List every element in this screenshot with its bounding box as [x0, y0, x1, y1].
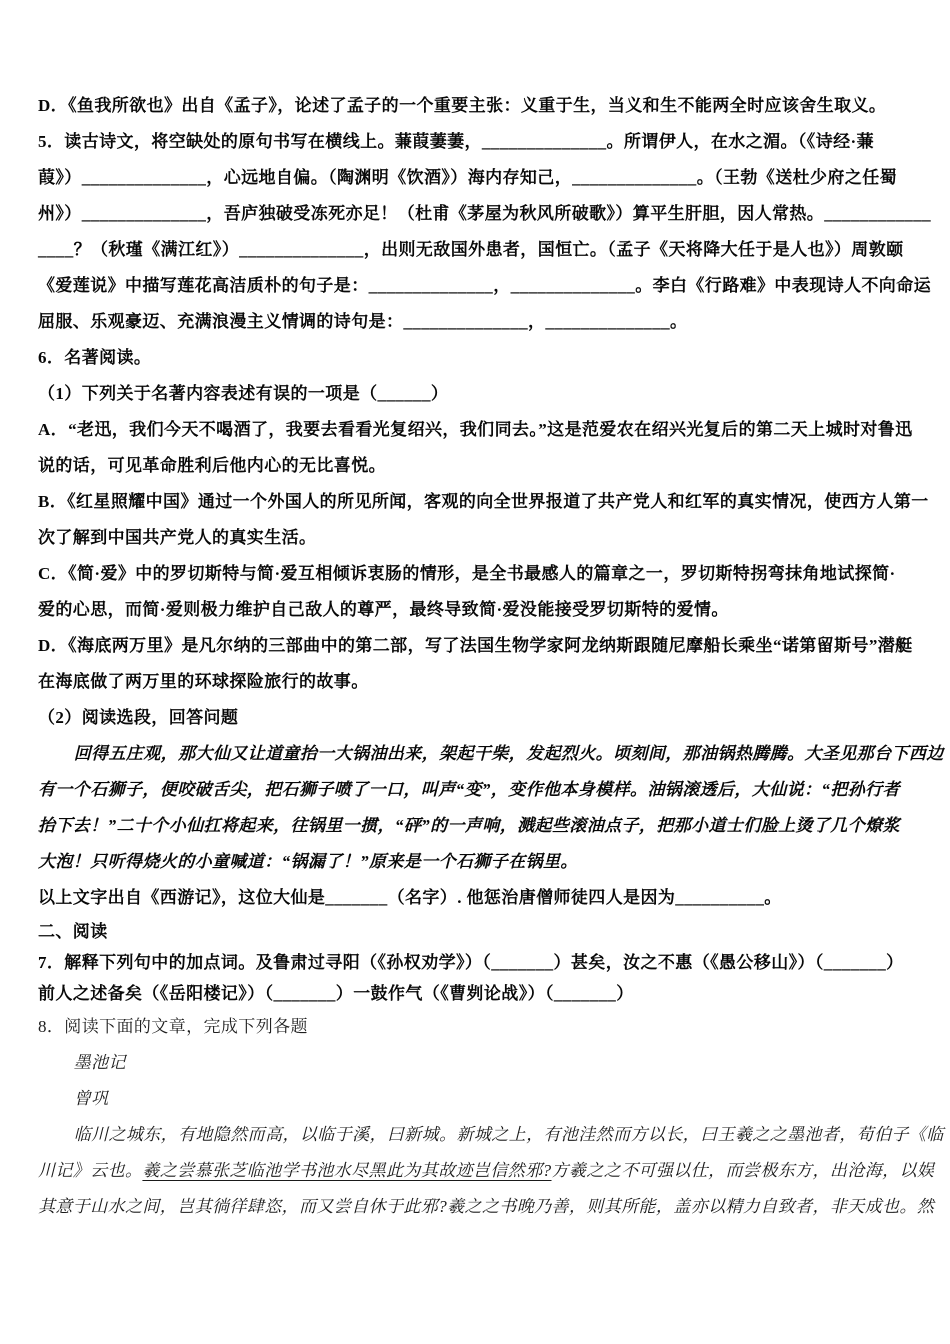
text-line-6: 《爱莲说》中描写莲花高洁质朴的句子是：______________，______…: [38, 268, 916, 304]
text-line-29: 曾巩: [38, 1081, 916, 1117]
text-segment: 川记》云也。: [38, 1161, 142, 1180]
text-line-12: B．《红星照耀中国》通过一个外国人的所见所闻，客观的向全世界报道了共产党人和红军…: [38, 484, 916, 520]
text-line-21: 抬下去！”二十个小仙扛将起来，往锅里一掼，“砰”的一声响，溅起些滚油点子，把那小…: [38, 808, 916, 844]
text-line-13: 次了解到中国共产党人的真实生活。: [38, 520, 916, 556]
text-segment: 方羲之之不可强以仕，而尝极东方，出沧海，以娱: [552, 1161, 935, 1180]
text-line-19: 回得五庄观，那大仙又让道童抬一大锅油出来，架起干柴，发起烈火。顷刻间，那油锅热腾…: [38, 736, 916, 772]
text-line-20: 有一个石狮子，便咬破舌尖，把石狮子喷了一口，叫声“变”，变作他本身模样。油锅滚透…: [38, 772, 916, 808]
text-line-8: 6．名著阅读。: [38, 340, 916, 376]
text-line-28: 墨池记: [38, 1045, 916, 1081]
text-line-18: （2）阅读选段，回答问题: [38, 700, 916, 736]
text-line-17: 在海底做了两万里的环球探险旅行的故事。: [38, 664, 916, 700]
underlined-passage: 羲之尝慕张芝临池学书池水尽黑此为其故迹岂信然邪?: [142, 1161, 551, 1180]
text-line-2: 5．读古诗文，将空缺处的原句书写在横线上。蒹葭萋萋，______________…: [38, 124, 916, 160]
text-line-1: D．《鱼我所欲也》出自《孟子》，论述了孟子的一个重要主张：义重于生，当义和生不能…: [38, 88, 916, 124]
text-line-14: C．《简·爱》中的罗切斯特与简·爱互相倾诉衷肠的情形，是全书最感人的篇章之一，罗…: [38, 556, 916, 592]
text-line-31: 川记》云也。羲之尝慕张芝临池学书池水尽黑此为其故迹岂信然邪?方羲之之不可强以仕，…: [38, 1153, 916, 1189]
text-line-4: 州》）______________，吾庐独破受冻死亦足！（杜甫《茅屋为秋风所破歌…: [38, 196, 916, 232]
text-line-32: 其意于山水之间，岂其徜徉肆恣，而又尝自休于此邪?羲之之书晚乃善，则其所能，盖亦以…: [38, 1189, 916, 1225]
document-page: D．《鱼我所欲也》出自《孟子》，论述了孟子的一个重要主张：义重于生，当义和生不能…: [0, 0, 950, 1344]
document-content: D．《鱼我所欲也》出自《孟子》，论述了孟子的一个重要主张：义重于生，当义和生不能…: [38, 88, 916, 1225]
text-line-16: D．《海底两万里》是凡尔纳的三部曲中的第二部，写了法国生物学家阿龙纳斯跟随尼摩船…: [38, 628, 916, 664]
text-line-24: 二、阅读: [38, 916, 916, 947]
text-line-26: 前人之述备矣（《岳阳楼记》）（_______）一鼓作气（《曹刿论战》）（____…: [38, 978, 916, 1009]
text-line-10: A．“老迅，我们今天不喝酒了，我要去看看光复绍兴，我们同去。”这是范爱农在绍兴光…: [38, 412, 916, 448]
text-line-7: 屈服、乐观豪迈、充满浪漫主义情调的诗句是：______________，____…: [38, 304, 916, 340]
text-line-3: 葭》）______________，心远地自偏。（陶渊明《饮酒》）海内存知己，_…: [38, 160, 916, 196]
text-line-23: 以上文字出自《西游记》，这位大仙是_______（名字）. 他惩治唐僧师徒四人是…: [38, 880, 916, 916]
text-line-11: 说的话，可见革命胜利后他内心的无比喜悦。: [38, 448, 916, 484]
text-line-22: 大泡！只听得烧火的小童喊道：“锅漏了！”原来是一个石狮子在锅里。: [38, 844, 916, 880]
text-line-5: ____？（秋瑾《满江红》）______________，出则无敌国外患者，国恒…: [38, 232, 916, 268]
text-line-27: 8．阅读下面的文章，完成下列各题: [38, 1009, 916, 1045]
text-line-9: （1）下列关于名著内容表述有误的一项是（______）: [38, 376, 916, 412]
text-line-25: 7．解释下列句中的加点词。及鲁肃过寻阳（《孙权劝学》）（_______）甚矣，汝…: [38, 947, 916, 978]
text-line-15: 爱的心思，而简·爱则极力维护自己敌人的尊严，最终导致简·爱没能接受罗切斯特的爱情…: [38, 592, 916, 628]
text-line-30: 临川之城东，有地隐然而高，以临于溪，曰新城。新城之上，有池洼然而方以长，曰王羲之…: [38, 1117, 916, 1153]
